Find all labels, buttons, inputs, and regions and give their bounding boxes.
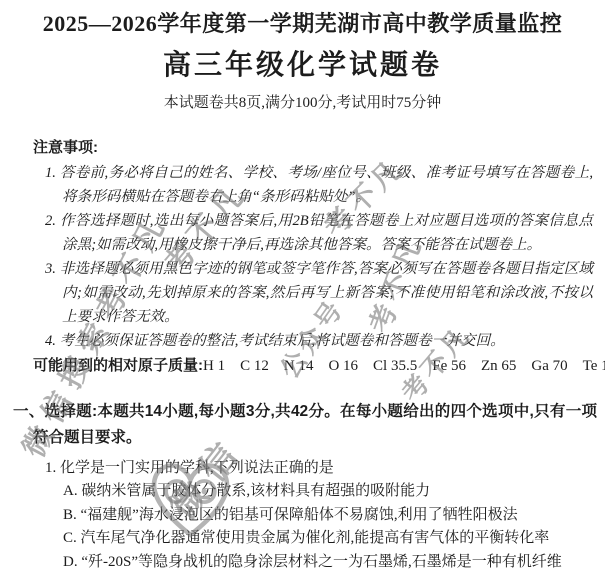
atomic-mass-value: H 1 bbox=[203, 358, 225, 374]
atomic-mass-value: N 14 bbox=[284, 358, 314, 374]
section1-heading: 一、选择题:本题共14小题,每小题3分,共42分。在每小题给出的四个选项中,只有… bbox=[13, 399, 597, 451]
notice-item-1: 1. 答卷前,务必将自己的姓名、学校、考场/座位号、班级、准考证号填写在答题卷上… bbox=[62, 161, 593, 209]
notice-item-4: 4. 考生必须保证答题卷的整洁,考试结束后,将试题卷和答题卷一并交回。 bbox=[62, 329, 593, 353]
atomic-masses-line: 可能用到的相对原子质量:H 1C 12N 14O 16Cl 35.5Fe 56Z… bbox=[33, 354, 597, 378]
question1-option-a: A. 碳纳米管属于胶体分散系,该材料具有超强的吸附能力 bbox=[63, 480, 595, 504]
atomic-mass-value: Cl 35.5 bbox=[373, 358, 417, 374]
atomic-mass-value: C 12 bbox=[240, 358, 269, 374]
question1-option-c: C. 汽车尾气净化器通常使用贵金属为催化剂,能提高有害气体的平衡转化率 bbox=[63, 527, 595, 551]
question1-option-d: D. “歼-20S”等隐身战机的隐身涂层材料之一为石墨烯,石墨烯是一种有机纤维 bbox=[63, 551, 595, 573]
exam-paper-content: 2025—2026学年度第一学期芜湖市高中教学质量监控 高三年级化学试题卷 本试… bbox=[0, 10, 605, 573]
atomic-mass-value: Zn 65 bbox=[481, 358, 516, 374]
notice-heading: 注意事项: bbox=[33, 138, 605, 157]
question1-option-b: B. “福建舰”海水浸泡区的铝基可保障船体不易腐蚀,利用了牺牲阳极法 bbox=[63, 504, 595, 528]
notice-list: 1. 答卷前,务必将自己的姓名、学校、考场/座位号、班级、准考证号填写在答题卷上… bbox=[0, 161, 605, 353]
exam-paper-page: 2025—2026学年度第一学期芜湖市高中教学质量监控 高三年级化学试题卷 本试… bbox=[0, 0, 605, 573]
question1-stem: 1. 化学是一门实用的学科,下列说法正确的是 bbox=[45, 457, 605, 480]
atomic-mass-value: Ga 70 bbox=[531, 358, 567, 374]
exam-subtitle: 本试题卷共8页,满分100分,考试用时75分钟 bbox=[0, 93, 605, 113]
notice-item-2: 2. 作答选择题时,选出每小题答案后,用2B铅笔在答题卷上对应题目选项的答案信息… bbox=[62, 209, 593, 257]
exam-title-line2: 高三年级化学试题卷 bbox=[0, 46, 605, 84]
exam-title-line1: 2025—2026学年度第一学期芜湖市高中教学质量监控 bbox=[0, 10, 605, 38]
atomic-mass-value: Fe 56 bbox=[432, 358, 466, 374]
atomic-mass-value: Te 128 bbox=[583, 358, 605, 374]
atomic-mass-value: O 16 bbox=[328, 358, 358, 374]
atomic-masses-label: 可能用到的相对原子质量: bbox=[33, 357, 203, 374]
notice-item-3: 3. 非选择题必须用黑色字迹的钢笔或签字笔作答,答案必须写在答题卷各题目指定区域… bbox=[62, 257, 593, 329]
